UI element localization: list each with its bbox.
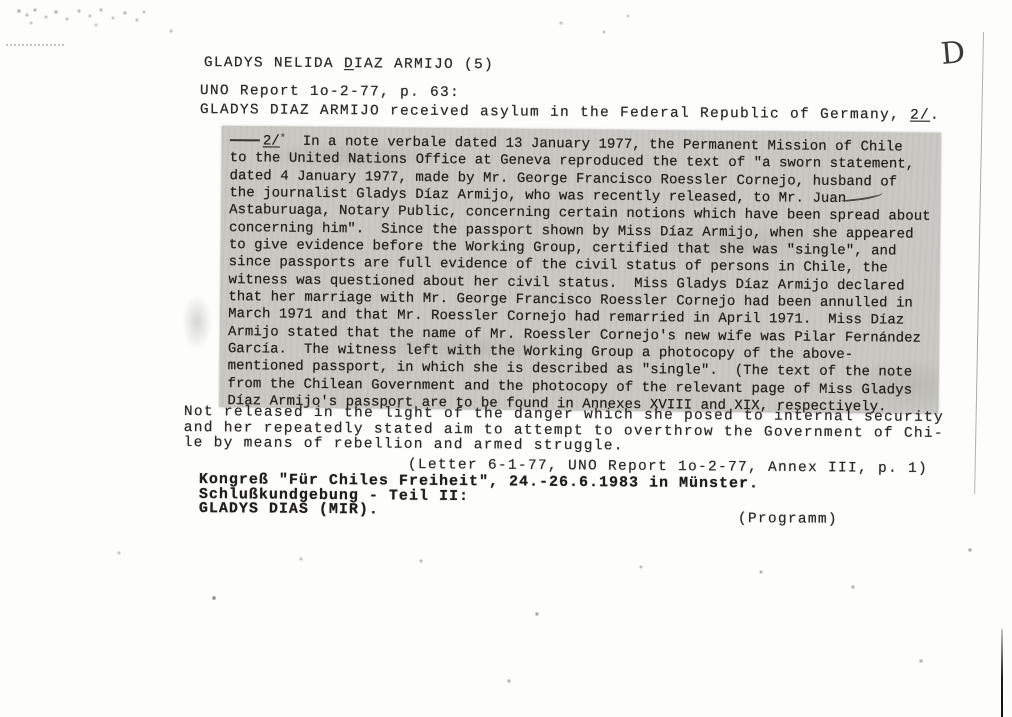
handwritten-letter-d: D — [940, 35, 967, 72]
programm-note: (Programm) — [738, 512, 838, 528]
document-title: GLADYS NELIDA DIAZ ARMIJO (5) — [204, 56, 494, 74]
title-pre: GLADYS NELIDA — [204, 55, 344, 72]
dotted-line-artifact — [6, 44, 64, 46]
source-reference-line: UNO Report 1o-2-77, p. 63: — [200, 84, 460, 102]
lead-dash-mark — [230, 139, 260, 141]
assessment-paragraph: Not released in the light of the danger … — [184, 405, 944, 457]
scan-edge-shadow — [1001, 629, 1003, 717]
title-underlined-letter: D — [344, 56, 354, 72]
scan-speckle-artifacts — [0, 0, 2, 2]
title-post: IAZ ARMIJO (5) — [354, 56, 494, 73]
scanned-document-page: D GLADYS NELIDA DIAZ ARMIJO (5) UNO Repo… — [0, 0, 1012, 717]
intro-text: GLADYS DIAZ ARMIJO received asylum in th… — [200, 102, 910, 124]
person-line: GLADYS DIAS (MIR). — [199, 501, 379, 518]
footnote-reference: 2/ — [910, 108, 930, 124]
note-footnote-marker: 2/ — [263, 133, 280, 149]
smudge-artifact — [182, 294, 212, 350]
intro-after: . — [930, 108, 940, 124]
note-verbale-quote-block: 2/* In a note verbale dated 13 January 1… — [219, 126, 941, 414]
page-edge-line — [974, 32, 984, 494]
note-block-body: to the United Nations Office at Geneva r… — [227, 150, 940, 417]
intro-line: GLADYS DIAZ ARMIJO received asylum in th… — [200, 103, 940, 124]
